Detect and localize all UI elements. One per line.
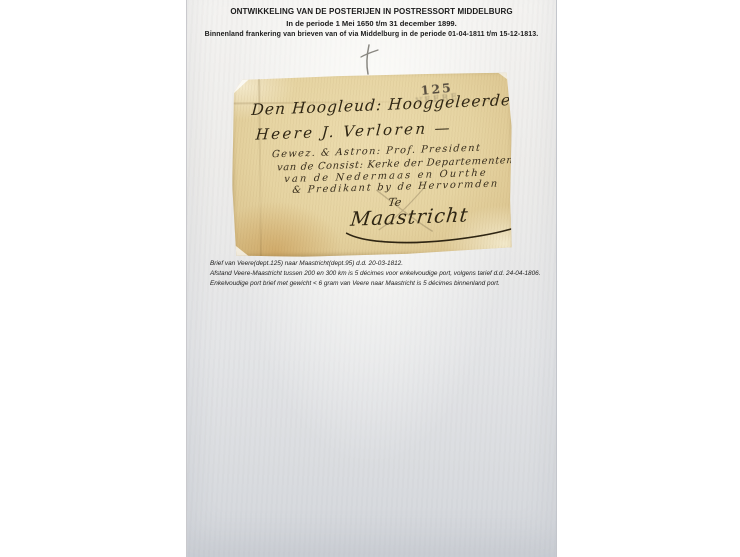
exhibit-title: ONTWIKKELING VAN DE POSTERIJEN IN POSTRE…	[187, 7, 556, 16]
caption-line: Afstand Veere-Maastricht tussen 200 en 3…	[210, 269, 542, 279]
exhibit-header: ONTWIKKELING VAN DE POSTERIJEN IN POSTRE…	[187, 7, 556, 38]
signature-flourish	[341, 226, 517, 246]
caption-line: Enkelvoudige port brief met gewicht < 6 …	[210, 279, 542, 289]
postal-cover: 125 VEERE Den Hoogleud: Hooggeleerden He…	[231, 73, 513, 258]
photo-corner-mount	[230, 238, 256, 260]
address-line: Den Hoogleud: Hooggeleerden	[251, 91, 523, 119]
photo-of-album-page: ONTWIKKELING VAN DE POSTERIJEN IN POSTRE…	[0, 0, 740, 557]
exhibit-subject-line: Binnenland frankering van brieven van of…	[187, 31, 556, 38]
album-page: ONTWIKKELING VAN DE POSTERIJEN IN POSTRE…	[186, 0, 557, 557]
address-line: Heere J. Verloren —	[255, 119, 453, 144]
exhibit-caption: Brief van Veere(dept.125) naar Maastrich…	[210, 259, 542, 289]
photo-corner-mount	[491, 70, 513, 86]
pencil-annotation-icon	[356, 42, 382, 78]
exhibit-period-line: In de periode 1 Mei 1650 t/m 31 december…	[187, 19, 556, 28]
photo-corner-mount	[229, 73, 259, 99]
caption-line: Brief van Veere(dept.125) naar Maastrich…	[210, 259, 542, 269]
